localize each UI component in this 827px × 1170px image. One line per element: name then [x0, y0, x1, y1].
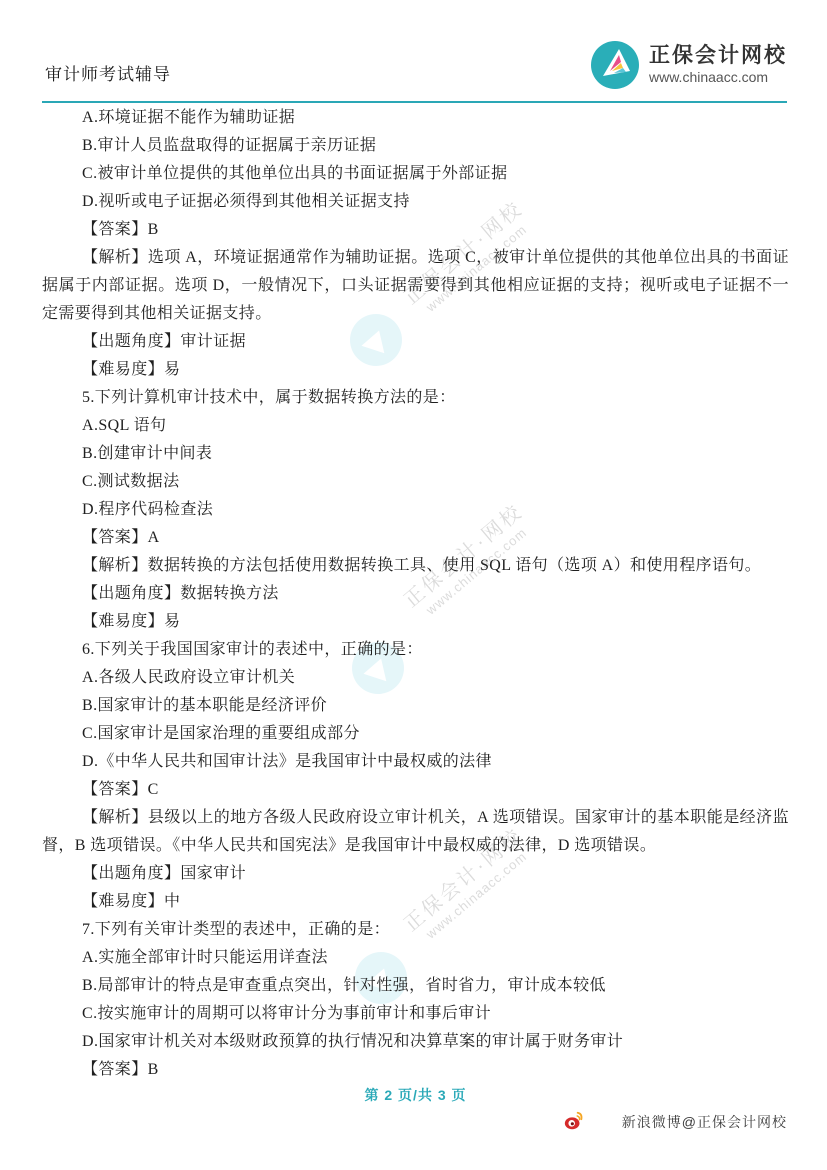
content-line: D.程序代码检查法	[42, 496, 789, 524]
weibo-icon	[563, 1110, 585, 1132]
brand-text: 正保会计网校 www.chinaacc.com	[649, 44, 787, 85]
brand-logo-icon	[590, 40, 640, 90]
content-line: C.被审计单位提供的其他单位出具的书面证据属于外部证据	[42, 160, 789, 188]
content-line: 5.下列计算机审计技术中，属于数据转换方法的是：	[42, 384, 789, 412]
content-line: 【答案】C	[42, 776, 789, 804]
content-line: A.环境证据不能作为辅助证据	[42, 104, 789, 132]
document-page: 正保会计·网校 www.chinaacc.com 正保会计·网校 www.chi…	[0, 0, 827, 1170]
content-line: C.测试数据法	[42, 468, 789, 496]
content-line: 【出题角度】审计证据	[42, 328, 789, 356]
content-line: C.按实施审计的周期可以将审计分为事前审计和事后审计	[42, 1000, 789, 1028]
content-line: 【出题角度】国家审计	[42, 860, 789, 888]
content-line: A.各级人民政府设立审计机关	[42, 664, 789, 692]
content-line: D.国家审计机关对本级财政预算的执行情况和决算草案的审计属于财务审计	[42, 1028, 789, 1056]
content-line: 【难易度】中	[42, 888, 789, 916]
content-line: D.视听或电子证据必须得到其他相关证据支持	[42, 188, 789, 216]
content-line: B.国家审计的基本职能是经济评价	[42, 692, 789, 720]
footer-weibo-row: 新浪微博@正保会计网校	[0, 1109, 787, 1133]
content-line: C.国家审计是国家治理的重要组成部分	[42, 720, 789, 748]
content-line: 【答案】B	[42, 1056, 789, 1084]
page-header: 审计师考试辅导 正保会计网校 www.chinaacc.com	[42, 0, 787, 103]
page-number: 第 2 页/共 3 页	[42, 1085, 789, 1105]
content-line: 【解析】数据转换的方法包括使用数据转换工具、使用 SQL 语句（选项 A）和使用…	[42, 552, 789, 580]
content-line: A.SQL 语句	[42, 412, 789, 440]
content-line: B.创建审计中间表	[42, 440, 789, 468]
content-line: 【解析】选项 A，环境证据通常作为辅助证据。选项 C，被审计单位提供的其他单位出…	[42, 244, 789, 328]
content-line: 7.下列有关审计类型的表述中，正确的是：	[42, 916, 789, 944]
content-line: B.局部审计的特点是审查重点突出，针对性强，省时省力，审计成本较低	[42, 972, 789, 1000]
content-line: 6.下列关于我国国家审计的表述中，正确的是：	[42, 636, 789, 664]
content-line: 【难易度】易	[42, 608, 789, 636]
content-line: 【难易度】易	[42, 356, 789, 384]
content-line: D.《中华人民共和国审计法》是我国审计中最权威的法律	[42, 748, 789, 776]
brand-url: www.chinaacc.com	[649, 70, 787, 85]
weibo-account-label: 新浪微博@正保会计网校	[622, 1112, 787, 1132]
content-line: A.实施全部审计时只能运用详查法	[42, 944, 789, 972]
exam-content: A.环境证据不能作为辅助证据B.审计人员监盘取得的证据属于亲历证据C.被审计单位…	[42, 104, 789, 1084]
content-line: 【答案】B	[42, 216, 789, 244]
document-title: 审计师考试辅导	[45, 60, 171, 85]
brand-name: 正保会计网校	[649, 44, 787, 67]
brand-block: 正保会计网校 www.chinaacc.com	[590, 40, 787, 90]
content-line: 【解析】县级以上的地方各级人民政府设立审计机关，A 选项错误。国家审计的基本职能…	[42, 804, 789, 860]
content-line: B.审计人员监盘取得的证据属于亲历证据	[42, 132, 789, 160]
content-line: 【出题角度】数据转换方法	[42, 580, 789, 608]
content-line: 【答案】A	[42, 524, 789, 552]
